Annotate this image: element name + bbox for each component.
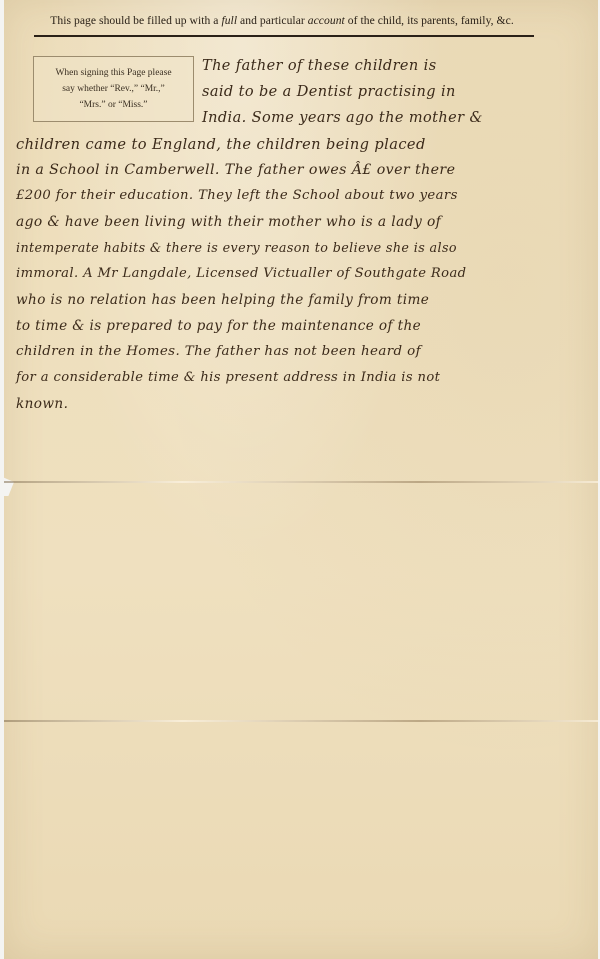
header-text: This page should be filled up with a bbox=[50, 14, 221, 27]
header-emphasis-full: full bbox=[221, 14, 237, 27]
form-instruction-header: This page should be filled up with a ful… bbox=[32, 14, 532, 27]
account-line: immoral. A Mr Langdale, Licensed Victual… bbox=[16, 266, 466, 281]
account-line: children came to England, the children b… bbox=[16, 136, 426, 153]
account-line: said to be a Dentist practising in bbox=[202, 84, 456, 100]
account-line: for a considerable time & his present ad… bbox=[16, 370, 440, 385]
paper-fold-crease bbox=[4, 720, 598, 722]
paper-fold-crease bbox=[4, 481, 598, 483]
note-line: “Mrs.” or “Miss.” bbox=[34, 97, 193, 113]
signing-note-box: When signing this Page please say whethe… bbox=[33, 56, 194, 122]
header-rule bbox=[34, 35, 534, 37]
account-line: children in the Homes. The father has no… bbox=[16, 344, 421, 359]
header-emphasis-account: account bbox=[308, 14, 345, 27]
account-line: India. Some years ago the mother & bbox=[202, 110, 483, 126]
header-text: of the child, its parents, family, &c. bbox=[345, 14, 514, 27]
account-line: known. bbox=[16, 396, 68, 412]
note-line: When signing this Page please bbox=[34, 65, 193, 81]
header-text: and particular bbox=[237, 14, 308, 27]
account-line: intemperate habits & there is every reas… bbox=[16, 240, 457, 255]
account-line: ago & have been living with their mother… bbox=[16, 214, 441, 230]
note-line: say whether “Rev.,” “Mr.,” bbox=[34, 81, 193, 97]
account-line: The father of these children is bbox=[202, 58, 437, 74]
account-line: who is no relation has been helping the … bbox=[16, 292, 429, 308]
account-line: in a School in Camberwell. The father ow… bbox=[16, 162, 455, 178]
account-line: £200 for their education. They left the … bbox=[16, 188, 458, 203]
account-line: to time & is prepared to pay for the mai… bbox=[16, 318, 421, 334]
